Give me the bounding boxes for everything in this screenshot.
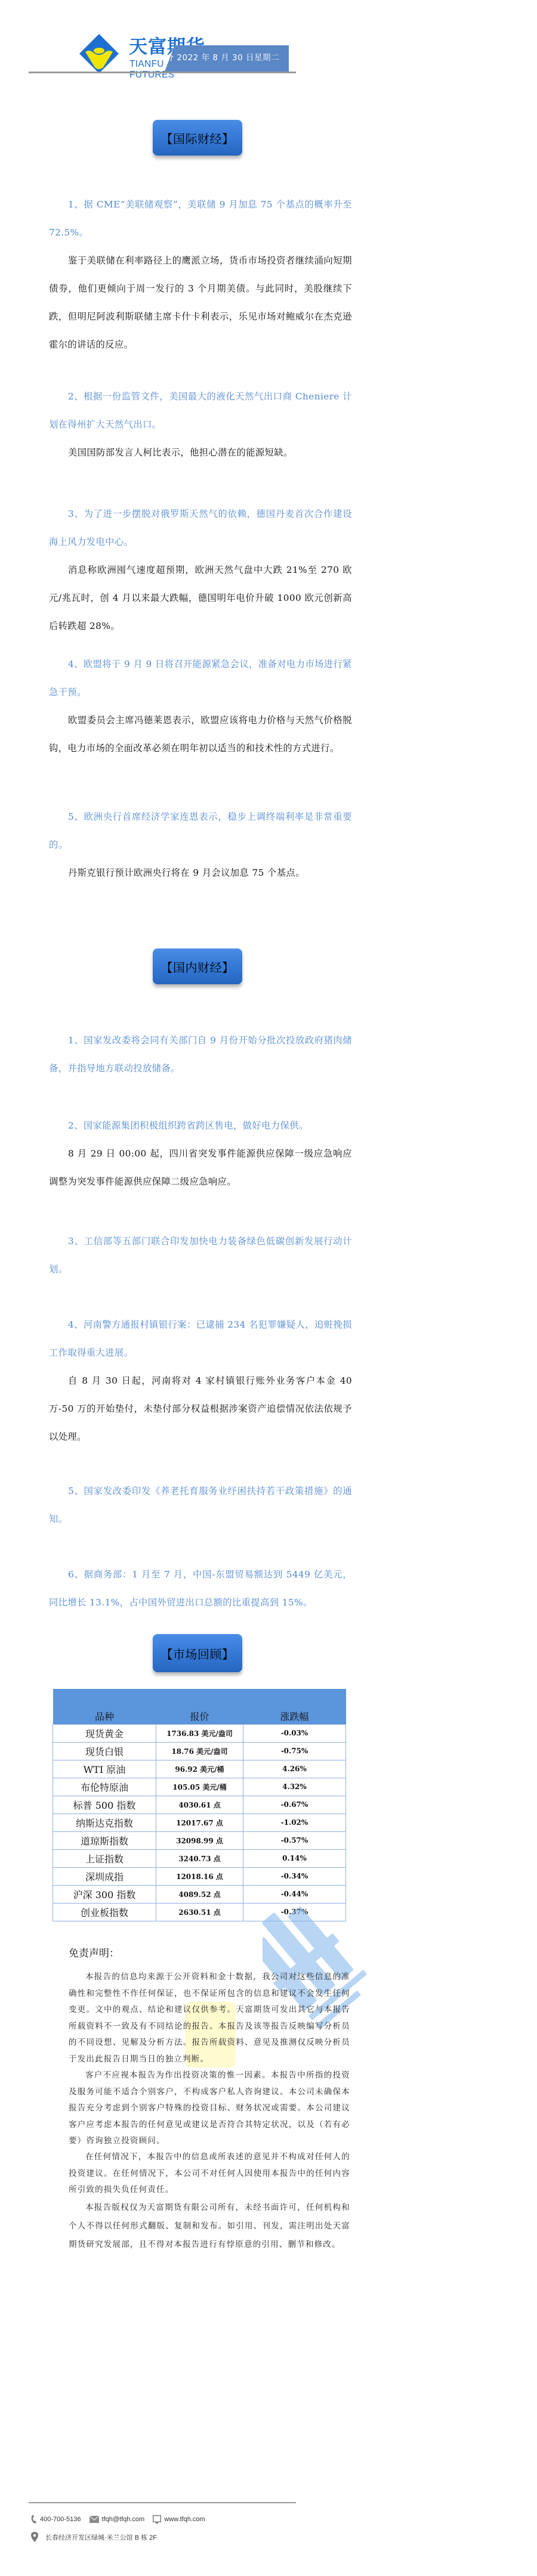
intl-headline-4: 4、欧盟将于 9 月 9 日将召开能源紧急会议，准备对电力市场进行紧急干预。	[49, 650, 352, 706]
domestic-headline-5: 5、国家发改委印发《养老托育服务业纾困扶持若干政策措施》的通知。	[49, 1477, 352, 1533]
section-title-domestic: 【国内财经】	[153, 948, 242, 984]
intl-body-1: 鉴于美联储在利率路径上的鹰派立场，货币市场投资者继续涌向短期债券，他们更倾向于周…	[49, 247, 352, 359]
footer-website[interactable]: www.tfqh.com	[153, 2515, 205, 2524]
mail-icon	[89, 2515, 99, 2524]
instrument-change: -0.67%	[243, 1796, 346, 1814]
instrument-price: 12017.67 点	[156, 1814, 243, 1831]
section-title-label: 【国内财经】	[161, 958, 234, 975]
table-row: 布伦特原油105.05 美元/桶4.32%	[53, 1778, 346, 1796]
instrument-change: -0.34%	[243, 1867, 346, 1885]
header-divider	[29, 72, 296, 73]
disclaimer-paragraph-1: 本报告的信息均来源于公开资料和金十数据，我公司对这些信息的准确性和完整性不作任何…	[69, 1969, 350, 2067]
phone-number: 400-700-5136	[40, 2516, 81, 2523]
instrument-name: 标普 500 指数	[53, 1796, 156, 1814]
market-table: 品种 报价 涨跌幅 现货黄金1736.83 美元/盎司-0.03% 现货白银18…	[53, 1689, 346, 1921]
table-row: 上证指数3240.73 点0.14%	[53, 1849, 346, 1867]
instrument-name: WTI 原油	[53, 1760, 156, 1778]
phone-icon	[31, 2515, 37, 2524]
email-address[interactable]: tfqh@tfqh.com	[102, 2516, 145, 2523]
footer-email[interactable]: tfqh@tfqh.com	[89, 2515, 145, 2524]
company-address: 长春经济开发区绿城·米兰公馆 B 栋 2F	[45, 2532, 157, 2542]
footer-contacts: 400-700-5136 tfqh@tfqh.com www.tfqh.com	[31, 2515, 214, 2524]
instrument-price: 3240.73 点	[156, 1849, 243, 1867]
monitor-icon	[153, 2515, 161, 2524]
instrument-change: -1.02%	[243, 1814, 346, 1831]
section-title-market: 【市场回顾】	[153, 1634, 242, 1672]
domestic-headline-2: 2、国家能源集团积极组织跨省跨区售电，做好电力保供。	[49, 1112, 352, 1140]
table-row: WTI 原油96.92 美元/桶4.26%	[53, 1760, 346, 1778]
intl-body-3: 消息称欧洲囤气速度超预期，欧洲天然气盘中大跌 21%至 270 欧元/兆瓦时，创…	[49, 556, 352, 640]
instrument-change: -0.57%	[243, 1831, 346, 1849]
table-row: 现货白银18.76 美元/盎司-0.75%	[53, 1742, 346, 1760]
column-header-name: 品种	[53, 1689, 156, 1724]
domestic-headline-6: 6、据商务部：1 月至 7 月，中国-东盟贸易额达到 5449 亿美元，同比增长…	[49, 1561, 352, 1617]
report-header: 天富期货 TIANFU FUTURES 财经十分 2022 年 8 月 30 日…	[0, 0, 537, 75]
intl-body-2: 美国国防部发言人柯比表示，他担心潜在的能源短缺。	[49, 439, 352, 467]
instrument-name: 布伦特原油	[53, 1778, 156, 1796]
intl-headline-1: 1、据 CME“美联储观察”，美联储 9 月加息 75 个基点的概率升至 72.…	[49, 191, 352, 247]
instrument-change: -0.03%	[243, 1724, 346, 1742]
table-row: 标普 500 指数4030.61 点-0.67%	[53, 1796, 346, 1814]
instrument-change: -0.44%	[243, 1885, 346, 1903]
footer-address-row: 长春经济开发区绿城·米兰公馆 B 栋 2F	[31, 2532, 165, 2542]
domestic-body-4: 自 8 月 30 日起，河南将对 4 家村镇银行账外业务客户本金 40 万-50…	[49, 1367, 352, 1451]
section-title-international: 【国际财经】	[153, 120, 242, 156]
instrument-price: 4089.52 点	[156, 1885, 243, 1903]
column-header-change: 涨跌幅	[243, 1689, 346, 1724]
footer-divider	[29, 2502, 296, 2503]
instrument-name: 上证指数	[53, 1849, 156, 1867]
domestic-headline-4: 4、河南警方通报村镇银行案：已逮捕 234 名犯罪嫌疑人，追赃挽损工作取得重大进…	[49, 1311, 352, 1367]
intl-body-5: 丹斯克银行预计欧洲央行将在 9 月会议加息 75 个基点。	[49, 859, 352, 887]
instrument-change: -0.37%	[243, 1903, 346, 1921]
disclaimer-paragraph-3: 在任何情况下，本报告中的信息或所表述的意见并不构成对任何人的投资建议。在任何情况…	[69, 2149, 350, 2199]
table-row: 现货黄金1736.83 美元/盎司-0.03%	[53, 1724, 346, 1742]
instrument-price: 32098.99 点	[156, 1831, 243, 1849]
instrument-price: 105.05 美元/桶	[156, 1778, 243, 1796]
instrument-name: 现货黄金	[53, 1724, 156, 1742]
section-title-label: 【市场回顾】	[161, 1645, 234, 1662]
instrument-change: 4.26%	[243, 1760, 346, 1778]
intl-headline-5: 5、欧洲央行首席经济学家连恩表示，稳步上调终端利率是非常重要的。	[49, 803, 352, 859]
domestic-headline-3: 3、工信部等五部门联合印发加快电力装备绿色低碳创新发展行动计划。	[49, 1227, 352, 1284]
disclaimer-paragraph-4: 本报告版权仅为天富期货有限公司所有，未经书面许可，任何机构和个人不得以任何形式翻…	[69, 2199, 350, 2254]
instrument-change: 4.32%	[243, 1778, 346, 1796]
instrument-price: 2630.51 点	[156, 1903, 243, 1921]
instrument-name: 深圳成指	[53, 1867, 156, 1885]
location-pin-icon	[31, 2532, 38, 2542]
footer-phone: 400-700-5136	[31, 2515, 81, 2524]
table-row: 道琼斯指数32098.99 点-0.57%	[53, 1831, 346, 1849]
instrument-change: -0.75%	[243, 1742, 346, 1760]
instrument-name: 纳斯达克指数	[53, 1814, 156, 1831]
logo-diamond-icon	[79, 34, 119, 73]
website-link[interactable]: www.tfqh.com	[164, 2516, 205, 2523]
instrument-name: 沪深 300 指数	[53, 1885, 156, 1903]
disclaimer-paragraph-2: 客户不应视本报告为作出投资决策的惟一因素。本报告中所指的投资及服务可能不适合个别…	[69, 2067, 350, 2150]
instrument-price: 1736.83 美元/盎司	[156, 1724, 243, 1742]
table-row: 沪深 300 指数4089.52 点-0.44%	[53, 1885, 346, 1903]
table-header-row: 品种 报价 涨跌幅	[53, 1689, 346, 1724]
footer-address: 长春经济开发区绿城·米兰公馆 B 栋 2F	[31, 2532, 157, 2542]
domestic-headline-1: 1、国家发改委将会同有关部门自 9 月份开始分批次投放政府猪肉储备，并指导地方联…	[49, 1027, 352, 1083]
instrument-name: 现货白银	[53, 1742, 156, 1760]
instrument-price: 18.76 美元/盎司	[156, 1742, 243, 1760]
column-header-price: 报价	[156, 1689, 243, 1724]
intl-headline-3: 3、为了进一步摆脱对俄罗斯天然气的依赖，德国丹麦首次合作建设海上风力发电中心。	[49, 500, 352, 556]
instrument-price: 96.92 美元/桶	[156, 1760, 243, 1778]
section-title-label: 【国际财经】	[161, 129, 234, 147]
domestic-body-2: 8 月 29 日 00:00 起，四川省突发事件能源供应保障一级应急响应调整为突…	[49, 1140, 352, 1196]
disclaimer-title: 免责声明：	[69, 1945, 119, 1960]
instrument-name: 创业板指数	[53, 1903, 156, 1921]
table-row: 纳斯达克指数12017.67 点-1.02%	[53, 1814, 346, 1831]
instrument-price: 4030.61 点	[156, 1796, 243, 1814]
date-banner: 财经十分 2022 年 8 月 30 日星期二	[165, 45, 289, 72]
instrument-price: 12018.16 点	[156, 1867, 243, 1885]
intl-body-4: 欧盟委员会主席冯德莱恩表示，欧盟应该将电力价格与天然气价格脱钩，电力市场的全面改…	[49, 706, 352, 762]
instrument-name: 道琼斯指数	[53, 1831, 156, 1849]
intl-headline-2: 2、根据一份监管文件，美国最大的液化天然气出口商 Cheniere 计划在得州扩…	[49, 383, 352, 439]
table-row: 创业板指数2630.51 点-0.37%	[53, 1903, 346, 1921]
table-row: 深圳成指12018.16 点-0.34%	[53, 1867, 346, 1885]
instrument-change: 0.14%	[243, 1849, 346, 1867]
